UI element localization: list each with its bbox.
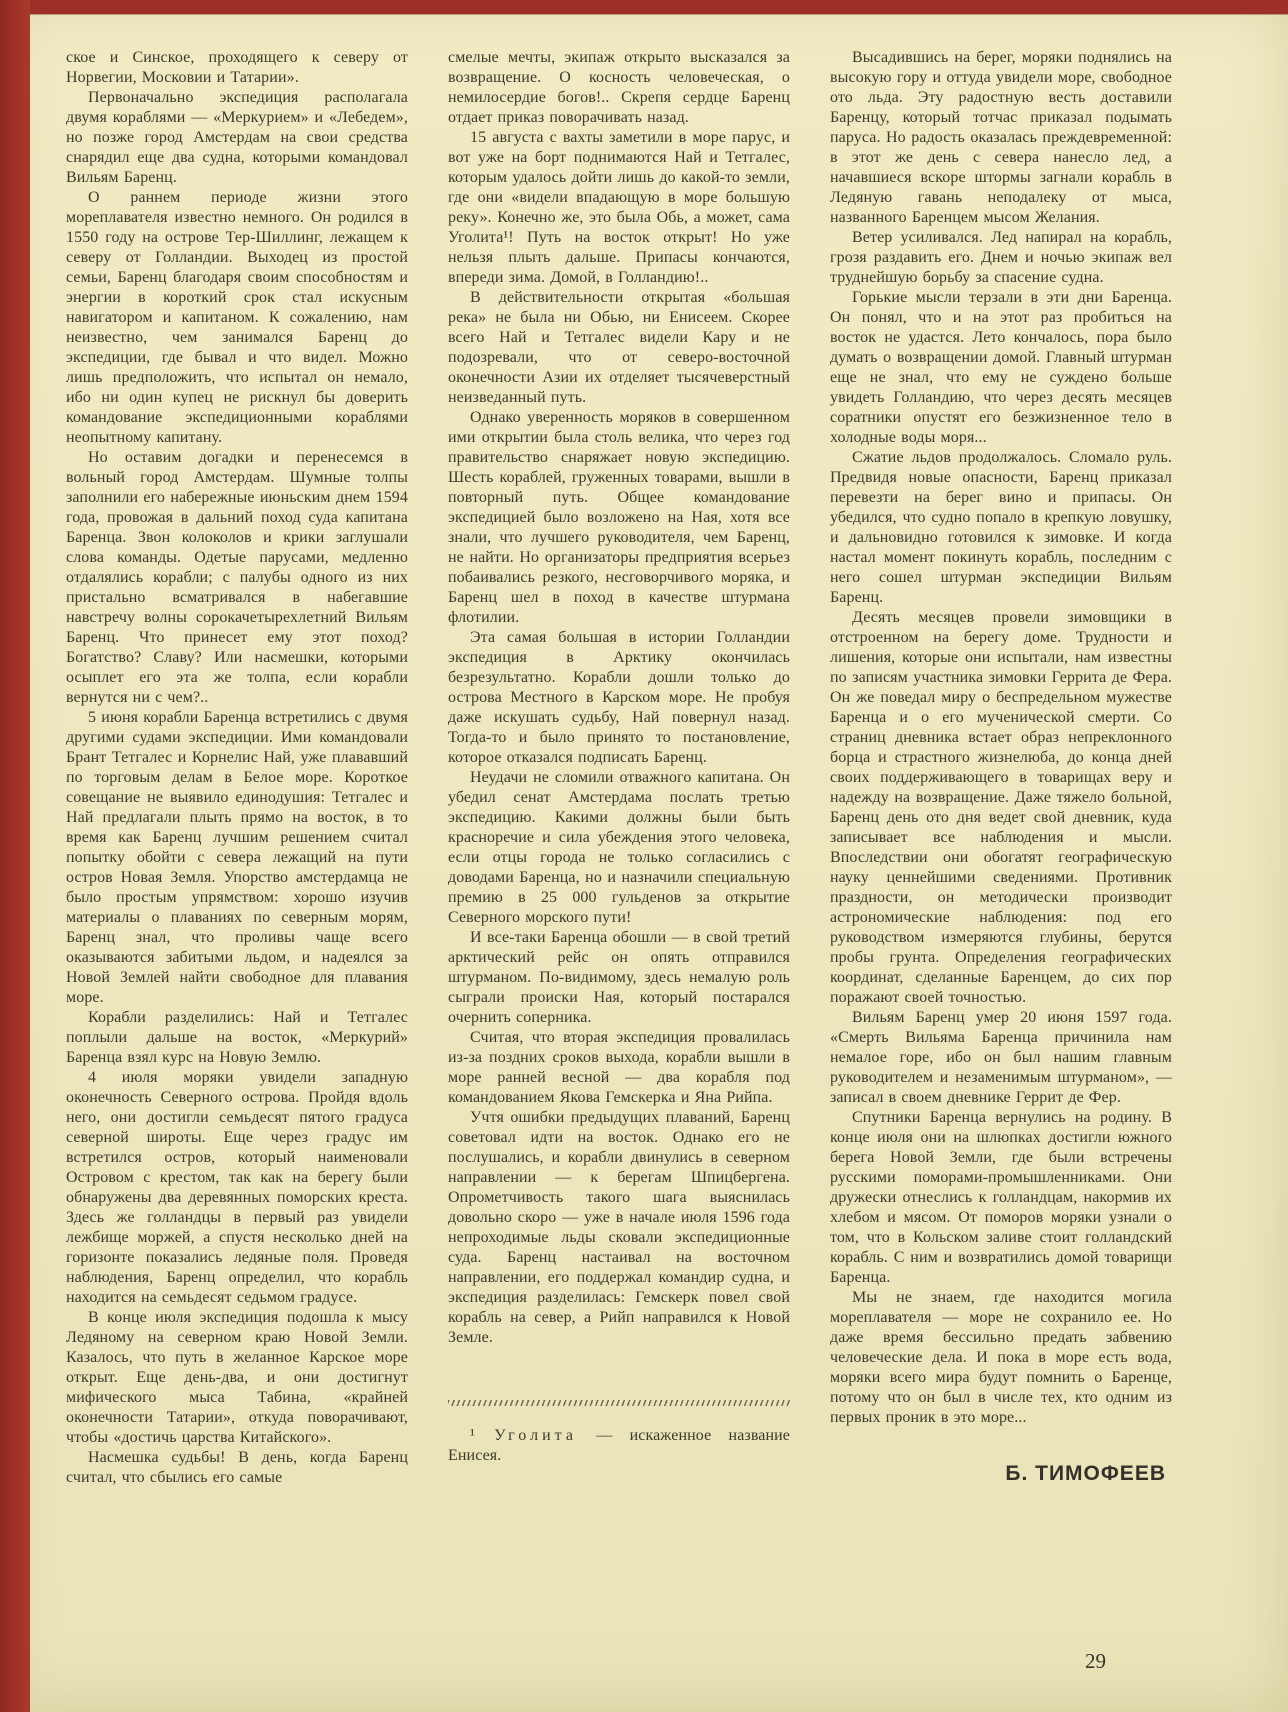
paragraph: Однако уверенность моряков в совершенном… bbox=[448, 408, 790, 628]
paragraph: Ветер усиливался. Лед напирал на корабль… bbox=[830, 228, 1172, 288]
paragraph: Эта самая большая в истории Голландии эк… bbox=[448, 628, 790, 768]
paragraph: Спутники Баренца вернулись на родину. В … bbox=[830, 1108, 1172, 1288]
paragraph: 5 июня корабли Баренца встретились с дву… bbox=[66, 708, 408, 1008]
footnote-term: Уголита bbox=[492, 1427, 579, 1444]
footnote: ¹ Уголита — искаженное название Енисея. bbox=[448, 1426, 790, 1466]
top-red-rule bbox=[0, 0, 1288, 14]
paragraph: Но оставим догадки и перенесемся в вольн… bbox=[66, 448, 408, 708]
paragraph: В конце июля экспедиция подошла к мысу Л… bbox=[66, 1308, 408, 1448]
text-column-3: Высадившись на берег, моряки поднялись н… bbox=[830, 48, 1172, 1488]
paragraph: Вильям Баренц умер 20 июня 1597 года. «С… bbox=[830, 1008, 1172, 1108]
paragraph: Насмешка судьбы! В день, когда Баренц сч… bbox=[66, 1448, 408, 1488]
paragraph: Мы не знаем, где находится могила морепл… bbox=[830, 1288, 1172, 1428]
paragraph: Сжатие льдов продолжалось. Сломало руль.… bbox=[830, 448, 1172, 608]
paragraph: В действительности открытая «большая рек… bbox=[448, 288, 790, 408]
paragraph: Считая, что вторая экспедиция провалилас… bbox=[448, 1028, 790, 1108]
paragraph: Учтя ошибки предыдущих плаваний, Баренц … bbox=[448, 1108, 790, 1348]
magazine-page: ское и Синское, проходящего к северу от … bbox=[0, 0, 1288, 1712]
paragraph: 15 августа с вахты заметили в море парус… bbox=[448, 128, 790, 288]
paragraph: Горькие мысли терзали в эти дни Баренца.… bbox=[830, 288, 1172, 448]
paragraph: Корабли разделились: Най и Тетгалес попл… bbox=[66, 1008, 408, 1068]
paragraph: Первоначально экспедиция располагала дву… bbox=[66, 88, 408, 188]
paragraph: Высадившись на берег, моряки поднялись н… bbox=[830, 48, 1172, 228]
text-column-2: смелые мечты, экипаж открыто высказался … bbox=[448, 48, 790, 1488]
paragraph: Неудачи не сломили отважного капитана. О… bbox=[448, 768, 790, 928]
paragraph: О раннем периоде жизни этого мореплавате… bbox=[66, 188, 408, 448]
footnote-separator bbox=[448, 1400, 790, 1406]
paragraph: И все-таки Баренца обошли — в свой трети… bbox=[448, 928, 790, 1028]
author-signature: Б. ТИМОФЕЕВ bbox=[830, 1462, 1172, 1486]
footnote-block: ¹ Уголита — искаженное название Енисея. bbox=[448, 1400, 790, 1466]
footnote-marker: ¹ bbox=[470, 1427, 475, 1444]
paragraph: смелые мечты, экипаж открыто высказался … bbox=[448, 48, 790, 128]
page-number: 29 bbox=[1085, 1649, 1106, 1674]
text-column-1: ское и Синское, проходящего к северу от … bbox=[66, 48, 408, 1488]
article-body: ское и Синское, проходящего к северу от … bbox=[66, 48, 1172, 1488]
left-red-rule bbox=[0, 0, 30, 1712]
paragraph: Десять месяцев провели зимовщики в отстр… bbox=[830, 608, 1172, 1008]
paragraph: 4 июля моряки увидели западную оконечнос… bbox=[66, 1068, 408, 1308]
paragraph: ское и Синское, проходящего к северу от … bbox=[66, 48, 408, 88]
